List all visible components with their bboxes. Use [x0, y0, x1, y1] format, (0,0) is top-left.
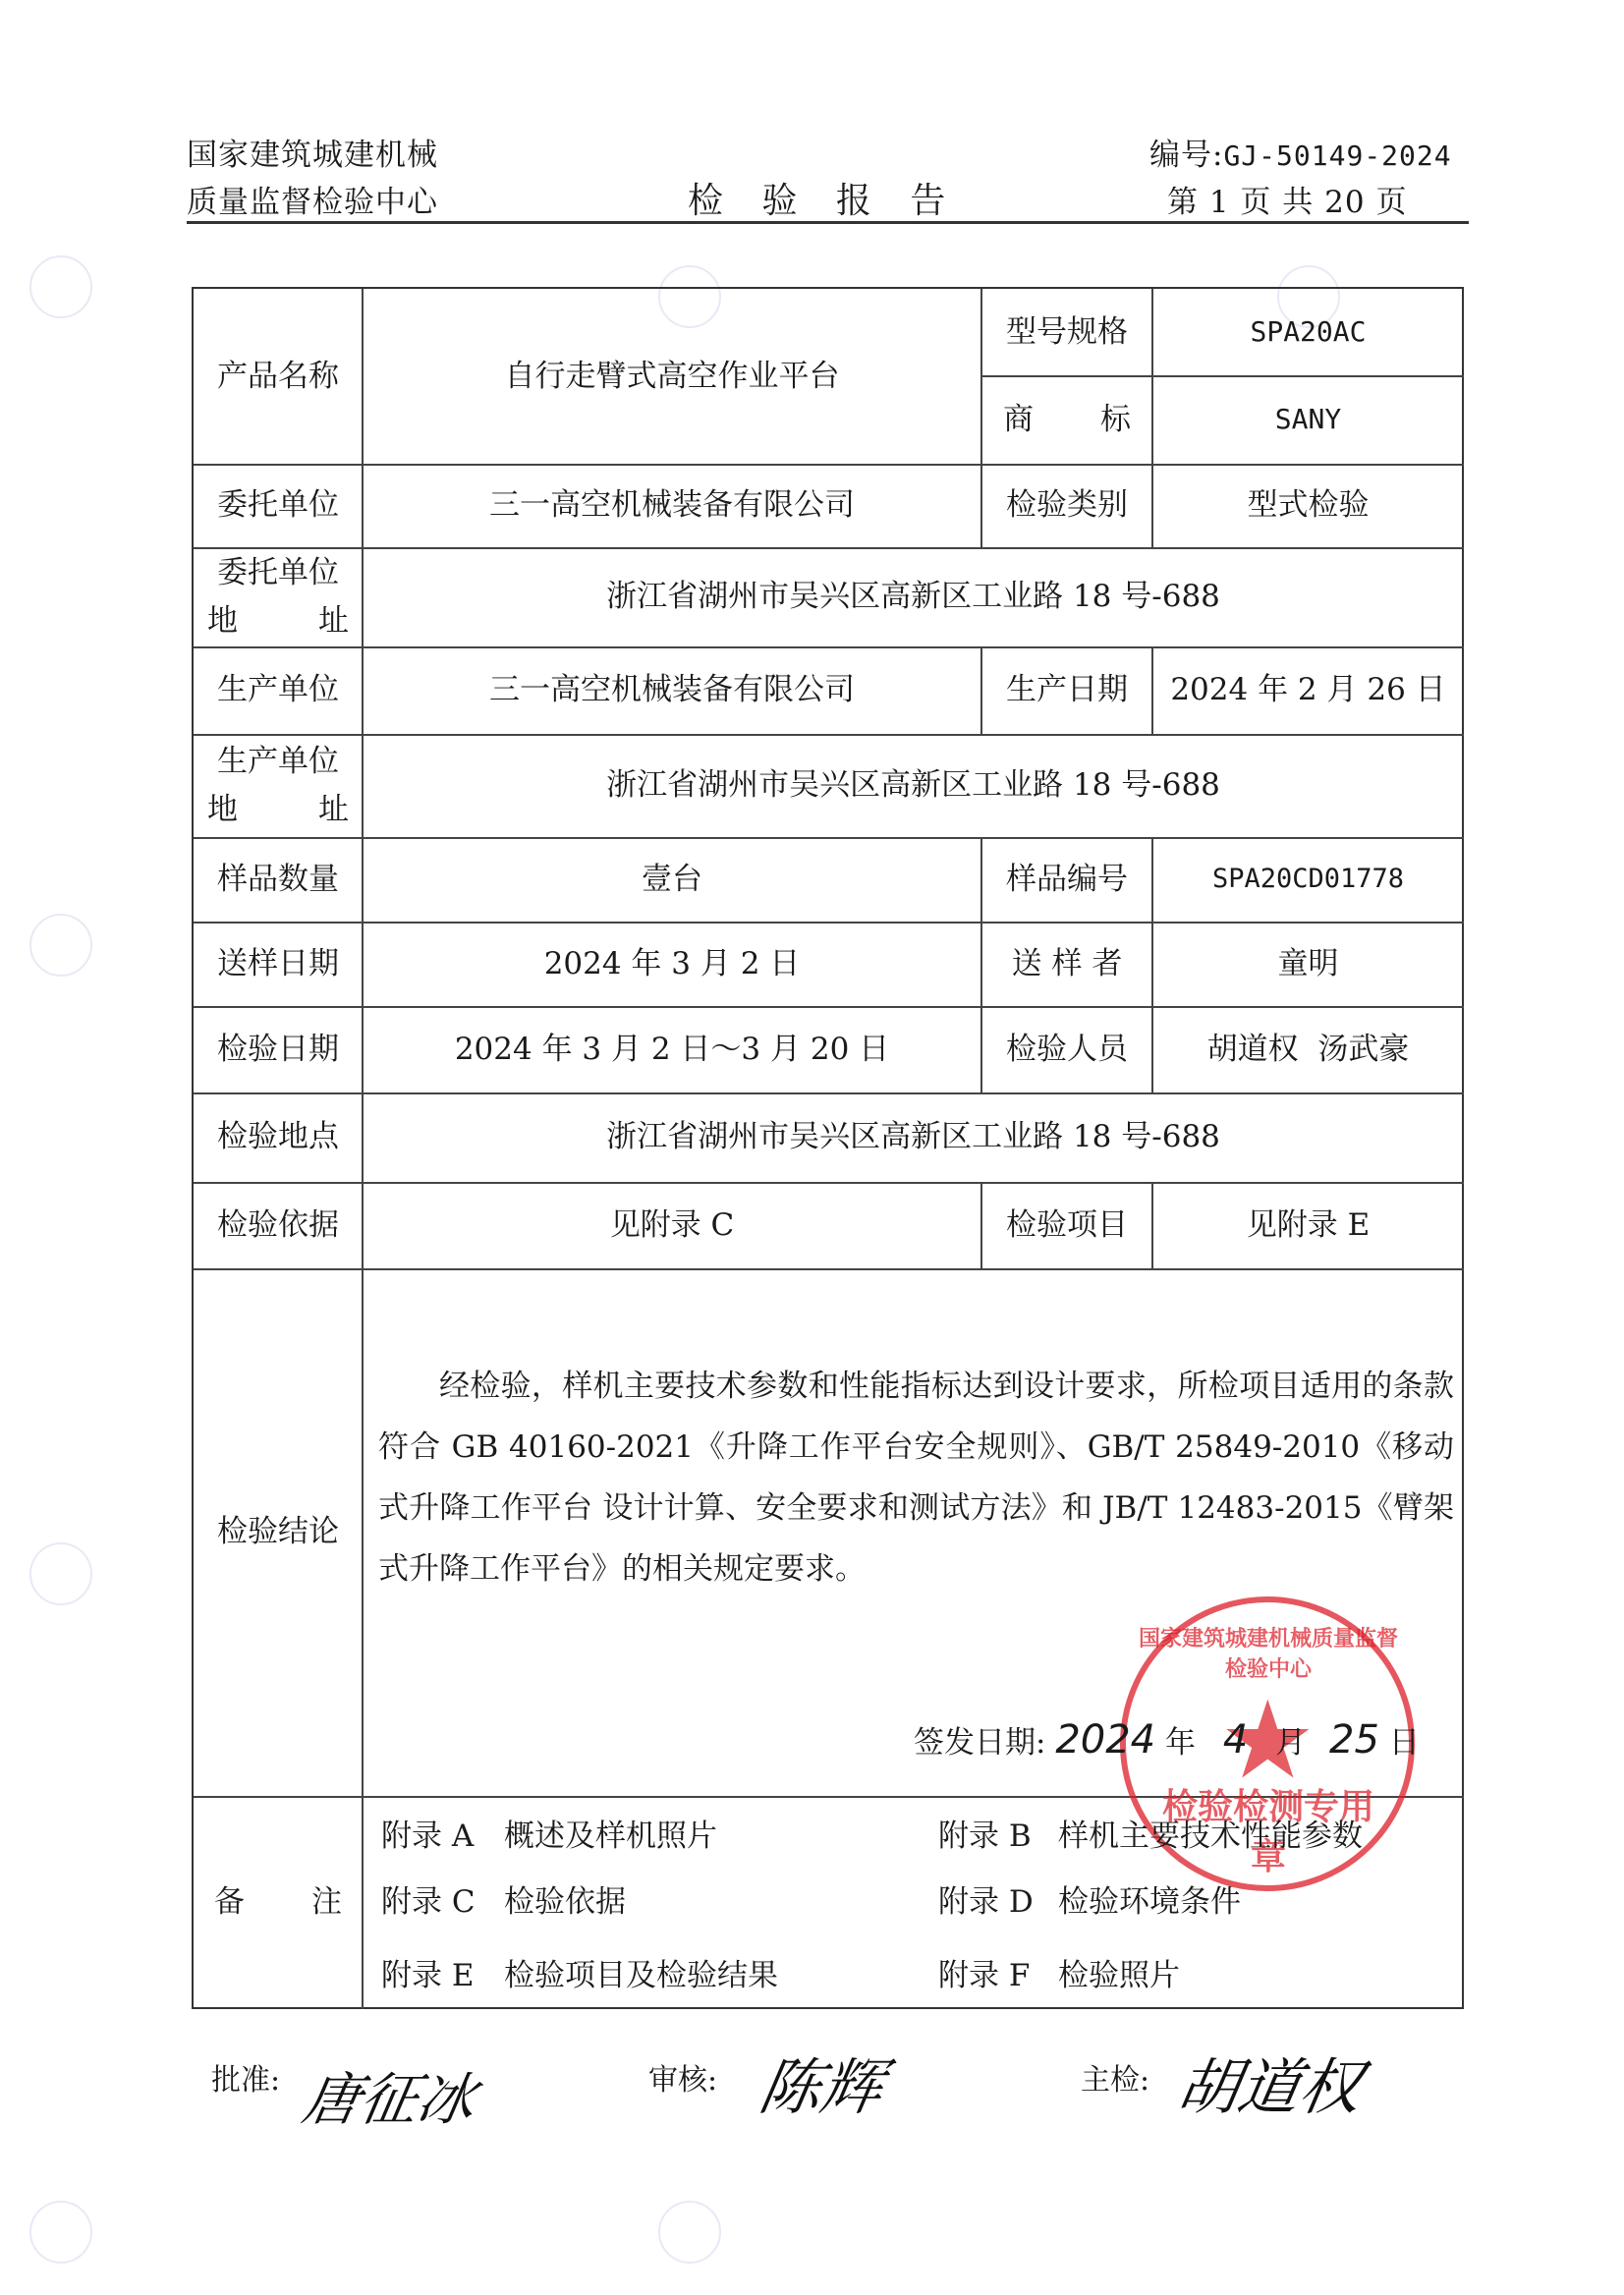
manufacturer-label: 生产单位 [194, 646, 363, 734]
issue-date: 签发日期: 2024 年 4 月 25 日 [914, 1717, 1420, 1763]
sample-no-label: 样品编号 [981, 837, 1152, 922]
manufacturer-value: 三一高空机械装备有限公司 [363, 646, 981, 734]
review-signature: 陈辉 [754, 2039, 891, 2126]
appendix-code: 附录 F [938, 1950, 1058, 1994]
basis-label: 检验依据 [194, 1182, 363, 1268]
remarks-label: 备注 [207, 1796, 349, 2009]
appendix-title: 检验环境条件 [1058, 1884, 1241, 1920]
appendix-title: 样机主要技术性能参数 [1058, 1819, 1363, 1854]
client-address-label-line1: 委托单位 [207, 549, 349, 596]
report-number: 编号:GJ-50149-2024 [1149, 130, 1452, 174]
remarks-label-char1: 备 [214, 1878, 245, 1926]
sender-value: 童明 [1152, 922, 1464, 1006]
inspection-date-label: 检验日期 [194, 1006, 363, 1092]
items-label: 检验项目 [981, 1182, 1152, 1268]
client-label: 委托单位 [194, 464, 363, 547]
issue-date-label: 签发日期: [914, 1725, 1045, 1761]
production-date-value: 2024 年 2 月 26 日 [1152, 646, 1464, 734]
client-address-label-char1: 地 [207, 597, 238, 644]
month-char: 月 [1275, 1725, 1306, 1761]
product-name-label: 产品名称 [194, 289, 363, 464]
page-info: 第 1 页 共 20 页 [1167, 177, 1407, 221]
inspection-type-value: 型式检验 [1152, 464, 1464, 547]
review-label: 审核: [648, 2055, 717, 2099]
items-value: 见附录 E [1152, 1182, 1464, 1268]
manufacturer-address-value: 浙江省湖州市吴兴区高新区工业路 18 号-688 [363, 734, 1464, 837]
appendix-f: 附录 F检验照片 [938, 1950, 1180, 1994]
report-title: 检 验 报 告 [688, 173, 959, 223]
sample-qty-label: 样品数量 [194, 837, 363, 922]
appendix-title: 检验照片 [1058, 1958, 1180, 1993]
day-char: 日 [1389, 1725, 1420, 1761]
appendix-a: 附录 A概述及样机照片 [381, 1811, 717, 1855]
product-name-value: 自行走臂式高空作业平台 [363, 289, 981, 464]
org-name-line1: 国家建筑城建机械 [187, 130, 438, 174]
appendix-b: 附录 B样机主要技术性能参数 [938, 1811, 1363, 1855]
watermark-logo [29, 914, 92, 977]
watermark-logo [29, 255, 92, 318]
issue-month: 4 [1223, 1717, 1248, 1763]
brand-label-char1: 商 [1003, 396, 1034, 443]
client-address-value: 浙江省湖州市吴兴区高新区工业路 18 号-688 [363, 547, 1464, 646]
sample-qty-value: 壹台 [363, 837, 981, 922]
client-address-label: 委托单位 地址 [207, 547, 349, 646]
issue-year: 2024 [1055, 1717, 1155, 1763]
watermark-logo [658, 2201, 721, 2264]
brand-value: SANY [1152, 375, 1464, 464]
conclusion-text: 经检验，样机主要技术参数和性能指标达到设计要求，所检项目适用的条款符合 GB 4… [378, 1356, 1454, 1599]
production-date-label: 生产日期 [981, 646, 1152, 734]
appendix-code: 附录 B [938, 1811, 1058, 1855]
appendix-e: 附录 E检验项目及检验结果 [381, 1950, 778, 1994]
inspectors-label: 检验人员 [981, 1006, 1152, 1092]
model-value: SPA20AC [1152, 289, 1464, 375]
appendix-title: 检验依据 [504, 1884, 626, 1920]
chief-inspector-label: 主检: [1081, 2055, 1149, 2099]
report-number-value: GJ-50149-2024 [1223, 140, 1451, 172]
header-rule [187, 221, 1469, 224]
remarks-label-char2: 注 [311, 1878, 342, 1926]
inspection-date-value: 2024 年 3 月 2 日～3 月 20 日 [363, 1006, 981, 1092]
appendix-code: 附录 C [381, 1876, 504, 1921]
location-value: 浙江省湖州市吴兴区高新区工业路 18 号-688 [363, 1092, 1464, 1182]
approve-label: 批准: [211, 2055, 280, 2099]
brand-label-char2: 标 [1100, 396, 1131, 443]
manufacturer-address-label-line1: 生产单位 [207, 738, 349, 785]
report-number-label: 编号: [1149, 138, 1223, 173]
location-label: 检验地点 [194, 1092, 363, 1182]
brand-label: 商标 [981, 375, 1152, 464]
appendix-code: 附录 D [938, 1876, 1058, 1921]
watermark-logo [29, 2201, 92, 2264]
client-value: 三一高空机械装备有限公司 [363, 464, 981, 547]
manufacturer-address-label: 生产单位 地址 [207, 734, 349, 837]
inspectors-value: 胡道权 汤武豪 [1152, 1006, 1464, 1092]
appendix-title: 概述及样机照片 [504, 1819, 717, 1854]
chief-inspector-signature: 胡道权 [1171, 2039, 1370, 2126]
conclusion-label: 检验结论 [194, 1268, 363, 1796]
manufacturer-address-label-char2: 址 [318, 786, 349, 833]
issue-day: 25 [1329, 1717, 1379, 1763]
row-divider [194, 1268, 1464, 1270]
seal-ring-text: 国家建筑城建机械质量监督检验中心 [1136, 1622, 1401, 1683]
appendix-code: 附录 A [381, 1811, 504, 1855]
delivery-date-value: 2024 年 3 月 2 日 [363, 922, 981, 1006]
sample-no-value: SPA20CD01778 [1152, 837, 1464, 922]
approve-signature: 唐征冰 [298, 2053, 483, 2136]
org-name-line2: 质量监督检验中心 [187, 177, 438, 221]
appendix-d: 附录 D检验环境条件 [938, 1876, 1241, 1921]
appendix-title: 检验项目及检验结果 [504, 1958, 778, 1993]
delivery-date-label: 送样日期 [194, 922, 363, 1006]
inspection-type-label: 检验类别 [981, 464, 1152, 547]
basis-value: 见附录 C [363, 1182, 981, 1268]
appendix-code: 附录 E [381, 1950, 504, 1994]
model-label: 型号规格 [981, 289, 1152, 375]
client-address-label-char2: 址 [318, 597, 349, 644]
sender-label: 送 样 者 [981, 922, 1152, 1006]
manufacturer-address-label-char1: 地 [207, 786, 238, 833]
appendix-c: 附录 C检验依据 [381, 1876, 626, 1921]
year-char: 年 [1165, 1725, 1196, 1761]
watermark-logo [29, 1542, 92, 1605]
